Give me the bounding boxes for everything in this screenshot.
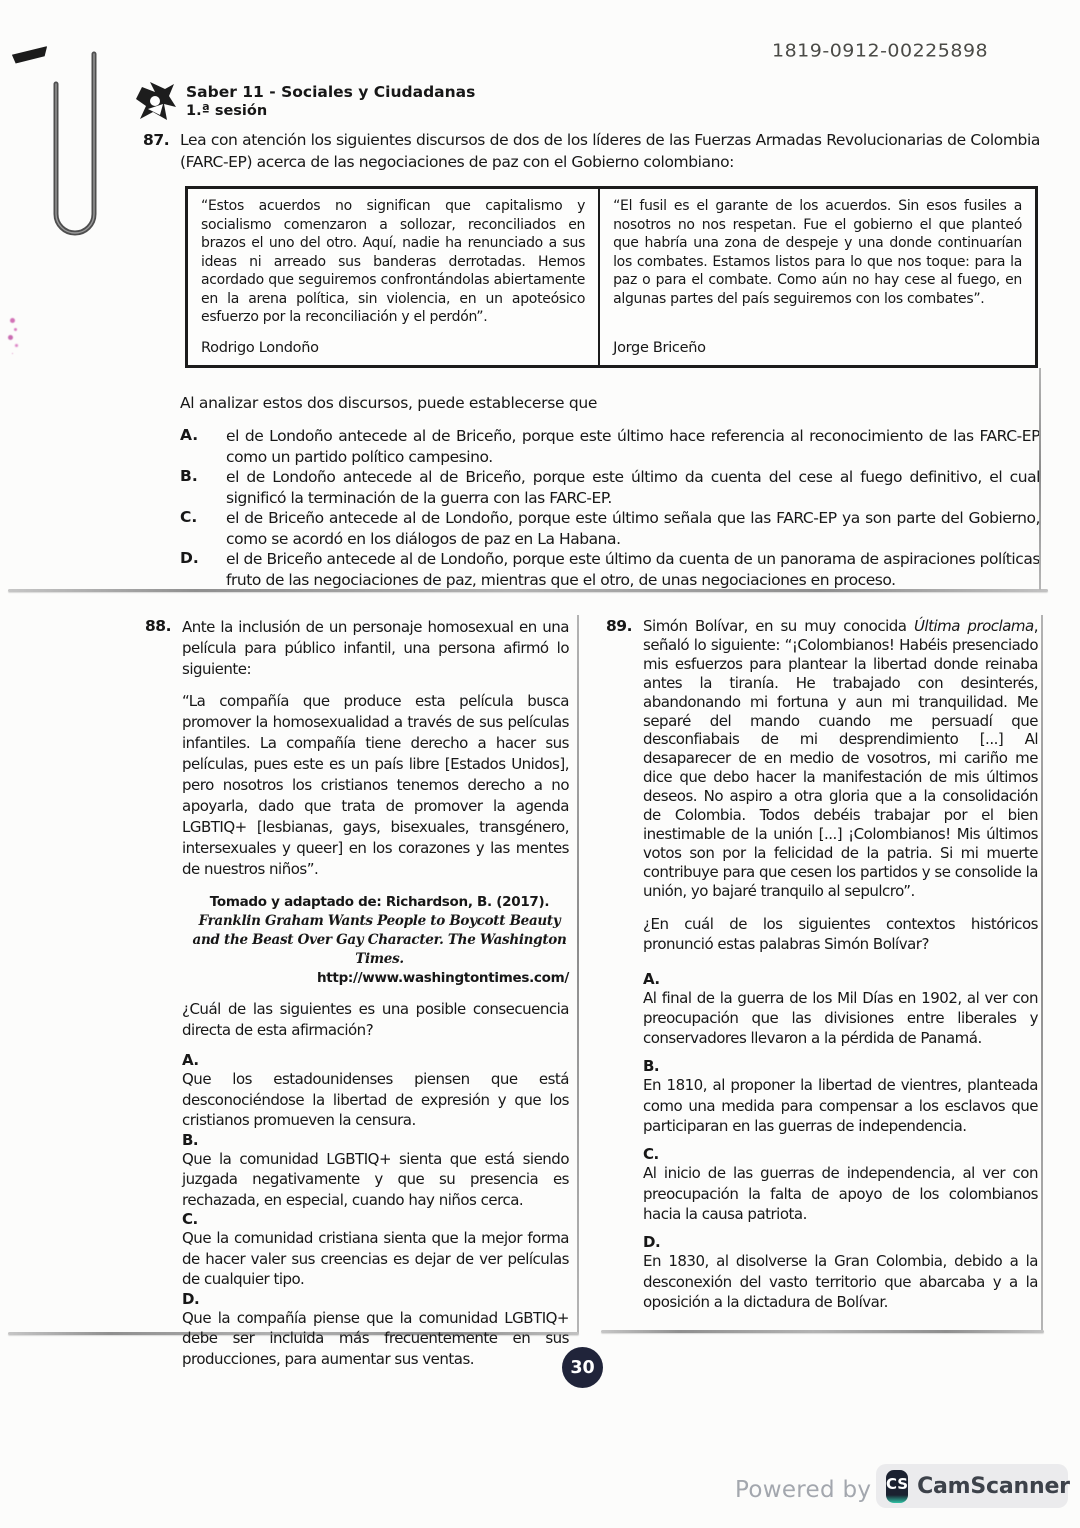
option-label: C. (643, 1145, 659, 1163)
option-89-b: B. En 1810, al proponer la libertad de v… (643, 1057, 1038, 1136)
section-divider (8, 589, 1048, 592)
option-label: B. (180, 467, 226, 508)
column-2-right-rule (1041, 615, 1043, 1331)
source-prefix: Tomado y adaptado de: Richardson, B. (20… (210, 894, 549, 910)
page-number-badge: 30 (562, 1347, 603, 1388)
option-label: D. (182, 1290, 199, 1308)
discourse-table: “Estos acuerdos no significan que capita… (185, 186, 1038, 368)
option-text: el de Briceño antecede al de Londoño, po… (226, 549, 1040, 590)
quote-cell-briceno: “El fusil es el garante de los acuerdos.… (600, 189, 1035, 365)
quote-text-londono: “Estos acuerdos no significan que capita… (201, 197, 585, 327)
option-89-a: A. Al final de la guerra de los Mil Días… (643, 970, 1038, 1049)
question-88: 88. Ante la inclusión de un personaje ho… (145, 617, 569, 1369)
question-87-prompt: Al analizar estos dos discursos, puede e… (180, 394, 1040, 412)
question-87-intro: Lea con atención los siguientes discurso… (180, 130, 1040, 173)
ink-smudge-artifact (10, 318, 15, 323)
option-label: D. (643, 1233, 660, 1251)
option-label: A. (180, 426, 226, 467)
option-text: Al inicio de las guerras de independenci… (643, 1163, 1038, 1224)
option-87-b: B. el de Londoño antecede al de Briceño,… (143, 467, 1040, 508)
exam-header: Saber 11 - Sociales y Ciudadanas 1.ª ses… (186, 83, 475, 121)
icfes-logo-icon (136, 82, 176, 122)
option-label: A. (643, 970, 660, 988)
column-2-bottom-rule (601, 1330, 1044, 1333)
source-title: Franklin Graham Wants People to Boycott … (193, 913, 567, 967)
question-88-intro: Ante la inclusión de un personaje homose… (182, 617, 569, 680)
question-89-intro: Simón Bolívar, en su muy conocida Última… (643, 617, 1038, 901)
option-text: el de Londoño antecede al de Briceño, po… (226, 467, 1040, 508)
quote-text-briceno: “El fusil es el garante de los acuerdos.… (613, 197, 1022, 308)
quote-author-briceno: Jorge Briceño (613, 339, 1022, 360)
booklet-code: 1819-0912-00225898 (772, 41, 988, 61)
question-88-question: ¿Cuál de las siguientes es una posible c… (182, 999, 569, 1041)
option-text: En 1830, al disolverse la Gran Colombia,… (643, 1251, 1038, 1312)
option-text: Al final de la guerra de los Mil Días en… (643, 988, 1038, 1049)
question-88-quote: “La compañía que produce esta película b… (182, 691, 569, 880)
camscanner-brand: CamScanner (917, 1474, 1070, 1499)
option-89-d: D. En 1830, al disolverse la Gran Colomb… (643, 1233, 1038, 1312)
question-87: 87. Lea con atención los siguientes disc… (143, 130, 1040, 173)
powered-by-text: Powered by (735, 1477, 871, 1503)
question-87-number: 87. (143, 130, 180, 173)
camscanner-logo-icon: CS (886, 1470, 908, 1503)
option-label: C. (180, 508, 226, 549)
option-label: D. (180, 549, 226, 590)
option-88-c: C. Que la comunidad cristiana sienta que… (182, 1210, 569, 1290)
option-text: el de Londoño antecede al de Briceño, po… (226, 426, 1040, 467)
option-text: Que la compañía piense que la comunidad … (182, 1308, 569, 1370)
option-text: Que los estadounidenses piensen que está… (182, 1069, 569, 1131)
camscanner-watermark: CS CamScanner (876, 1464, 1068, 1508)
option-87-d: D. el de Briceño antecede al de Londoño,… (143, 549, 1040, 590)
option-89-c: C. Al inicio de las guerras de independe… (643, 1145, 1038, 1224)
option-label: A. (182, 1051, 199, 1069)
exam-session: 1.ª sesión (186, 102, 475, 121)
option-text: Que la comunidad LGBTIQ+ sienta que está… (182, 1149, 569, 1211)
option-text: Que la comunidad cristiana sienta que la… (182, 1228, 569, 1290)
question-87-options: A. el de Londoño antecede al de Briceño,… (143, 426, 1040, 590)
option-88-d: D. Que la compañía piense que la comunid… (182, 1290, 569, 1370)
option-text: el de Briceño antecede al de Londoño, po… (226, 508, 1040, 549)
right-margin-rule (1039, 368, 1041, 590)
option-label: B. (182, 1131, 198, 1149)
exam-title: Saber 11 - Sociales y Ciudadanas (186, 83, 475, 102)
option-label: C. (182, 1210, 198, 1228)
question-89-number: 89. (606, 617, 643, 1321)
option-label: B. (643, 1057, 659, 1075)
question-89: 89. Simón Bolívar, en su muy conocida Úl… (606, 617, 1038, 1321)
option-text: En 1810, al proponer la libertad de vien… (643, 1075, 1038, 1136)
source-url: http://www.washingtontimes.com/ (190, 969, 569, 988)
question-88-number: 88. (145, 617, 182, 1369)
question-88-source: Tomado y adaptado de: Richardson, B. (20… (190, 893, 569, 988)
option-87-c: C. el de Briceño antecede al de Londoño,… (143, 508, 1040, 549)
scanned-page: 1819-0912-00225898 Saber 11 - Sociales y… (0, 0, 1080, 1528)
question-89-question: ¿En cuál de los siguientes contextos his… (643, 914, 1038, 955)
quote-author-londono: Rodrigo Londoño (201, 339, 585, 360)
paperclip (42, 46, 112, 278)
option-88-b: B. Que la comunidad LGBTIQ+ sienta que e… (182, 1131, 569, 1211)
work-title: Última proclama (914, 617, 1034, 635)
column-1-right-rule (577, 615, 579, 1333)
option-87-a: A. el de Londoño antecede al de Briceño,… (143, 426, 1040, 467)
option-88-a: A. Que los estadounidenses piensen que e… (182, 1051, 569, 1131)
quote-cell-londono: “Estos acuerdos no significan que capita… (188, 189, 600, 365)
